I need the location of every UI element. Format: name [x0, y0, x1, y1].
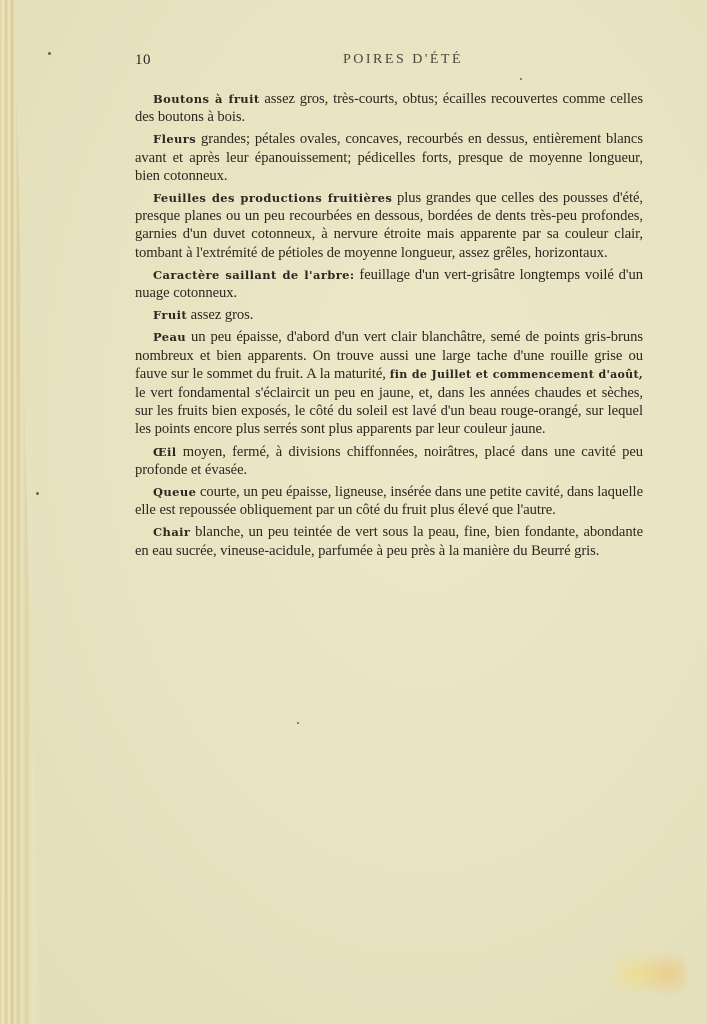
- paragraph-fleurs: Fleurs grandes; pétales ovales, concaves…: [135, 130, 643, 185]
- paragraph-lead: Peau: [153, 330, 186, 344]
- paragraph-lead: Fruit: [153, 308, 187, 322]
- paragraph-lead: Chair: [153, 525, 190, 539]
- paragraph-fruit: Fruit assez gros.: [135, 306, 643, 324]
- paragraph-text: courte, un peu épaisse, ligneuse, inséré…: [135, 484, 643, 518]
- paragraph-lead: Œil: [153, 445, 177, 459]
- book-page: 10 POIRES D'ÉTÉ Boutons à fruit assez gr…: [0, 0, 707, 1024]
- paragraph-peau: Peau un peu épaisse, d'abord d'un vert c…: [135, 328, 643, 438]
- paragraph-chair: Chair blanche, un peu teintée de vert so…: [135, 523, 643, 559]
- paper-speck: [48, 52, 51, 55]
- running-title: POIRES D'ÉTÉ: [343, 52, 463, 68]
- paragraph-lead: Queue: [153, 485, 196, 499]
- paragraph-queue: Queue courte, un peu épaisse, ligneuse, …: [135, 483, 643, 519]
- page-edges-stack: [0, 0, 42, 1024]
- paper-speck: [36, 492, 39, 495]
- paragraph-lead: Feuilles des productions fruitières: [153, 191, 392, 205]
- paper-speck: [520, 78, 522, 80]
- body-text: Boutons à fruit assez gros, très-courts,…: [135, 90, 643, 564]
- paragraph-text: grandes; pétales ovales, concaves, recou…: [135, 131, 643, 183]
- paragraph-lead: Boutons à fruit: [153, 92, 260, 106]
- page-header: 10 POIRES D'ÉTÉ: [135, 52, 655, 74]
- paper-speck: [297, 722, 299, 724]
- paper-stain: [615, 938, 685, 998]
- paragraph-text: moyen, fermé, à divisions chiffonnées, n…: [135, 444, 643, 478]
- paragraph-lead: Fleurs: [153, 132, 196, 146]
- paragraph-text: assez gros.: [187, 307, 253, 323]
- paragraph-text: blanche, un peu teintée de vert sous la …: [135, 524, 643, 558]
- paragraph-lead: Caractère saillant de l'arbre:: [153, 268, 355, 282]
- page-number: 10: [135, 52, 151, 69]
- paragraph-text-after: le vert fondamental s'éclaircit un peu e…: [135, 385, 643, 437]
- paragraph-boutons: Boutons à fruit assez gros, très-courts,…: [135, 90, 643, 126]
- paragraph-feuilles: Feuilles des productions fruitières plus…: [135, 189, 643, 262]
- paragraph-oeil: Œil moyen, fermé, à divisions chiffonnée…: [135, 443, 643, 479]
- paragraph-inline-bold: fin de Juillet et commencement d'août,: [390, 368, 643, 381]
- paragraph-caractere: Caractère saillant de l'arbre: feuillage…: [135, 266, 643, 302]
